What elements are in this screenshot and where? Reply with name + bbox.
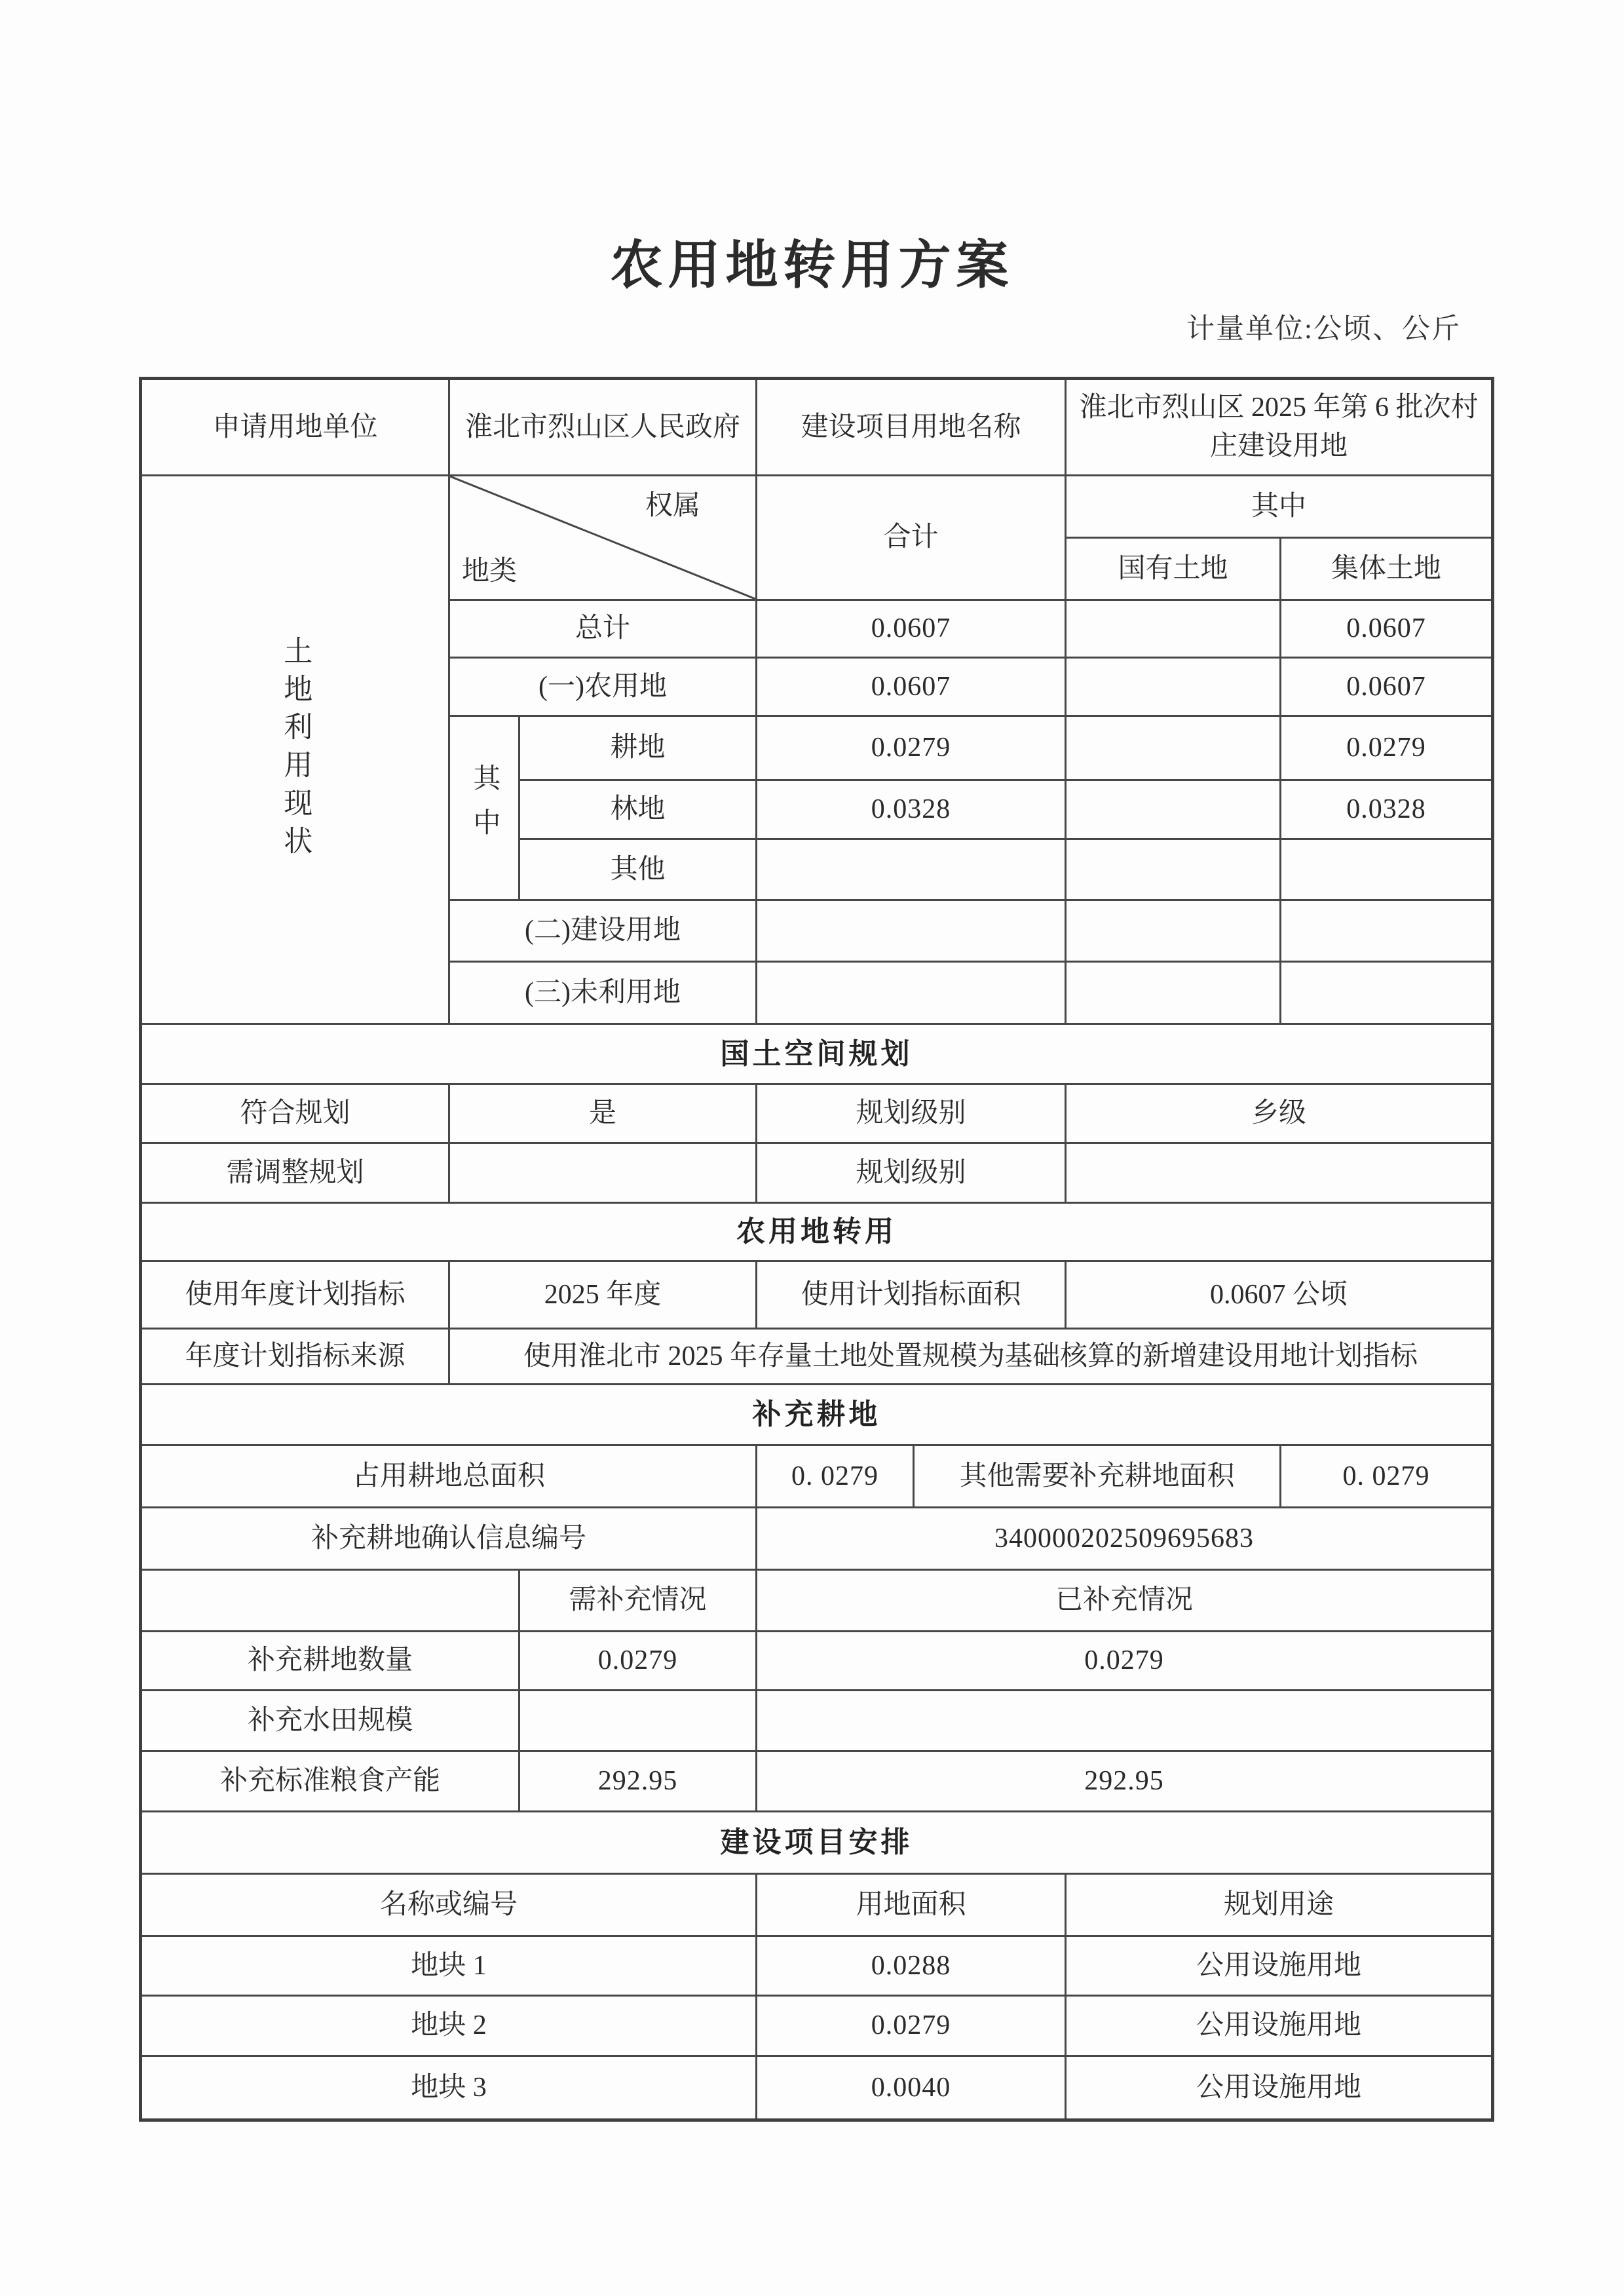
land-use-status-vertical-text: 土地利用现状 (275, 636, 316, 864)
row-agricultural-label: (一)农用地 (450, 659, 757, 717)
row-unused-state (1067, 963, 1281, 1025)
plot3-use: 公用设施用地 (1067, 2057, 1491, 2118)
page-title: 农用地转用方案 (0, 223, 1624, 298)
sub-among-label: 其中 (450, 717, 520, 901)
other-supplement-label: 其他需要补充耕地面积 (915, 1446, 1281, 1508)
planning-level-value: 乡级 (1067, 1085, 1491, 1144)
row-agricultural-collective: 0.0607 (1281, 659, 1491, 717)
supplement-quantity-need: 0.0279 (520, 1632, 757, 1691)
row-other-sum (757, 840, 1067, 901)
land-use-status-label: 土地利用现状 (142, 476, 450, 1025)
diagonal-header-cell: 权属 地类 (450, 476, 757, 601)
row-cultivated-state (1067, 717, 1281, 781)
row-agricultural-state (1067, 659, 1281, 717)
adjust-planning-label: 需调整规划 (142, 1144, 450, 1204)
row-total-collective: 0.0607 (1281, 601, 1491, 659)
plan-area-label: 使用计划指标面积 (757, 1262, 1067, 1330)
supplement-section-header: 补充耕地 (142, 1385, 1491, 1446)
adjust-level-value (1067, 1144, 1491, 1204)
row-forest-sum: 0.0328 (757, 781, 1067, 840)
conform-planning-value: 是 (450, 1085, 757, 1144)
row-forest-collective: 0.0328 (1281, 781, 1491, 840)
row-unused-collective (1281, 963, 1491, 1025)
project-area-header: 用地面积 (757, 1875, 1067, 1937)
spatial-planning-section-header: 国土空间规划 (142, 1025, 1491, 1085)
row-unused-sum (757, 963, 1067, 1025)
confirm-number-value: 340000202509695683 (757, 1508, 1491, 1571)
document-page: 农用地转用方案 计量单位:公顷、公斤 申请用地单位 淮北市烈山区人民政府 建设项… (0, 0, 1624, 2296)
plot1-use: 公用设施用地 (1067, 1937, 1491, 1997)
plot1-area: 0.0288 (757, 1937, 1067, 1997)
row-other-state (1067, 840, 1281, 901)
paddy-scale-label: 补充水田规模 (142, 1691, 520, 1752)
project-use-header: 规划用途 (1067, 1875, 1491, 1937)
supplement-quantity-label: 补充耕地数量 (142, 1632, 520, 1691)
project-name-header: 名称或编号 (142, 1875, 757, 1937)
confirm-number-label: 补充耕地确认信息编号 (142, 1508, 757, 1571)
row-agricultural-sum: 0.0607 (757, 659, 1067, 717)
occupied-area-label: 占用耕地总面积 (142, 1446, 757, 1508)
row-total-sum: 0.0607 (757, 601, 1067, 659)
row-total-label: 总计 (450, 601, 757, 659)
total-column-header: 合计 (757, 476, 1067, 601)
among-column-header: 其中 (1067, 476, 1491, 539)
adjust-planning-value (450, 1144, 757, 1204)
measurement-unit-note: 计量单位:公顷、公斤 (139, 307, 1487, 347)
adjust-level-label: 规划级别 (757, 1144, 1067, 1204)
other-supplement-value: 0. 0279 (1281, 1446, 1491, 1508)
plot2-name: 地块 2 (142, 1997, 757, 2057)
state-land-header: 国有土地 (1067, 539, 1281, 601)
row-construction-sum (757, 901, 1067, 963)
row-unused-label: (三)未利用地 (450, 963, 757, 1025)
row-other-label: 其他 (520, 840, 757, 901)
annual-plan-value: 2025 年度 (450, 1262, 757, 1330)
row-construction-state (1067, 901, 1281, 963)
grain-capacity-done: 292.95 (757, 1752, 1491, 1812)
plan-source-value: 使用淮北市 2025 年存量土地处置规模为基础核算的新增建设用地计划指标 (450, 1330, 1491, 1385)
row-total-state (1067, 601, 1281, 659)
paddy-scale-done (757, 1691, 1491, 1752)
collective-land-header: 集体土地 (1281, 539, 1491, 601)
projects-section-header: 建设项目安排 (142, 1812, 1491, 1875)
sub-among-vertical-text: 其中 (465, 763, 504, 852)
row-cultivated-label: 耕地 (520, 717, 757, 781)
grain-capacity-label: 补充标准粮食产能 (142, 1752, 520, 1812)
row-cultivated-sum: 0.0279 (757, 717, 1067, 781)
conform-planning-label: 符合规划 (142, 1085, 450, 1144)
diagonal-ownership-label: 权属 (645, 487, 700, 526)
project-name-value: 淮北市烈山区 2025 年第 6 批次村庄建设用地 (1067, 380, 1491, 476)
applicant-label: 申请用地单位 (142, 380, 450, 476)
plot2-use: 公用设施用地 (1067, 1997, 1491, 2057)
project-name-label: 建设项目用地名称 (757, 380, 1067, 476)
plot3-area: 0.0040 (757, 2057, 1067, 2118)
planning-level-label: 规划级别 (757, 1085, 1067, 1144)
conversion-section-header: 农用地转用 (142, 1204, 1491, 1262)
row-cultivated-collective: 0.0279 (1281, 717, 1491, 781)
row-other-collective (1281, 840, 1491, 901)
done-supplement-header: 已补充情况 (757, 1571, 1491, 1632)
plan-area-value: 0.0607 公顷 (1067, 1262, 1491, 1330)
plot1-name: 地块 1 (142, 1937, 757, 1997)
row-construction-collective (1281, 901, 1491, 963)
occupied-area-value: 0. 0279 (757, 1446, 915, 1508)
row-construction-label: (二)建设用地 (450, 901, 757, 963)
applicant-value: 淮北市烈山区人民政府 (450, 380, 757, 476)
plot2-area: 0.0279 (757, 1997, 1067, 2057)
row-forest-state (1067, 781, 1281, 840)
plot3-name: 地块 3 (142, 2057, 757, 2118)
annual-plan-label: 使用年度计划指标 (142, 1262, 450, 1330)
need-supplement-header: 需补充情况 (520, 1571, 757, 1632)
supplement-blank-header (142, 1571, 520, 1632)
row-forest-label: 林地 (520, 781, 757, 840)
land-conversion-table: 申请用地单位 淮北市烈山区人民政府 建设项目用地名称 淮北市烈山区 2025 年… (139, 377, 1494, 2122)
plan-source-label: 年度计划指标来源 (142, 1330, 450, 1385)
paddy-scale-need (520, 1691, 757, 1752)
grain-capacity-need: 292.95 (520, 1752, 757, 1812)
supplement-quantity-done: 0.0279 (757, 1632, 1491, 1691)
diagonal-landtype-label: 地类 (462, 552, 517, 591)
